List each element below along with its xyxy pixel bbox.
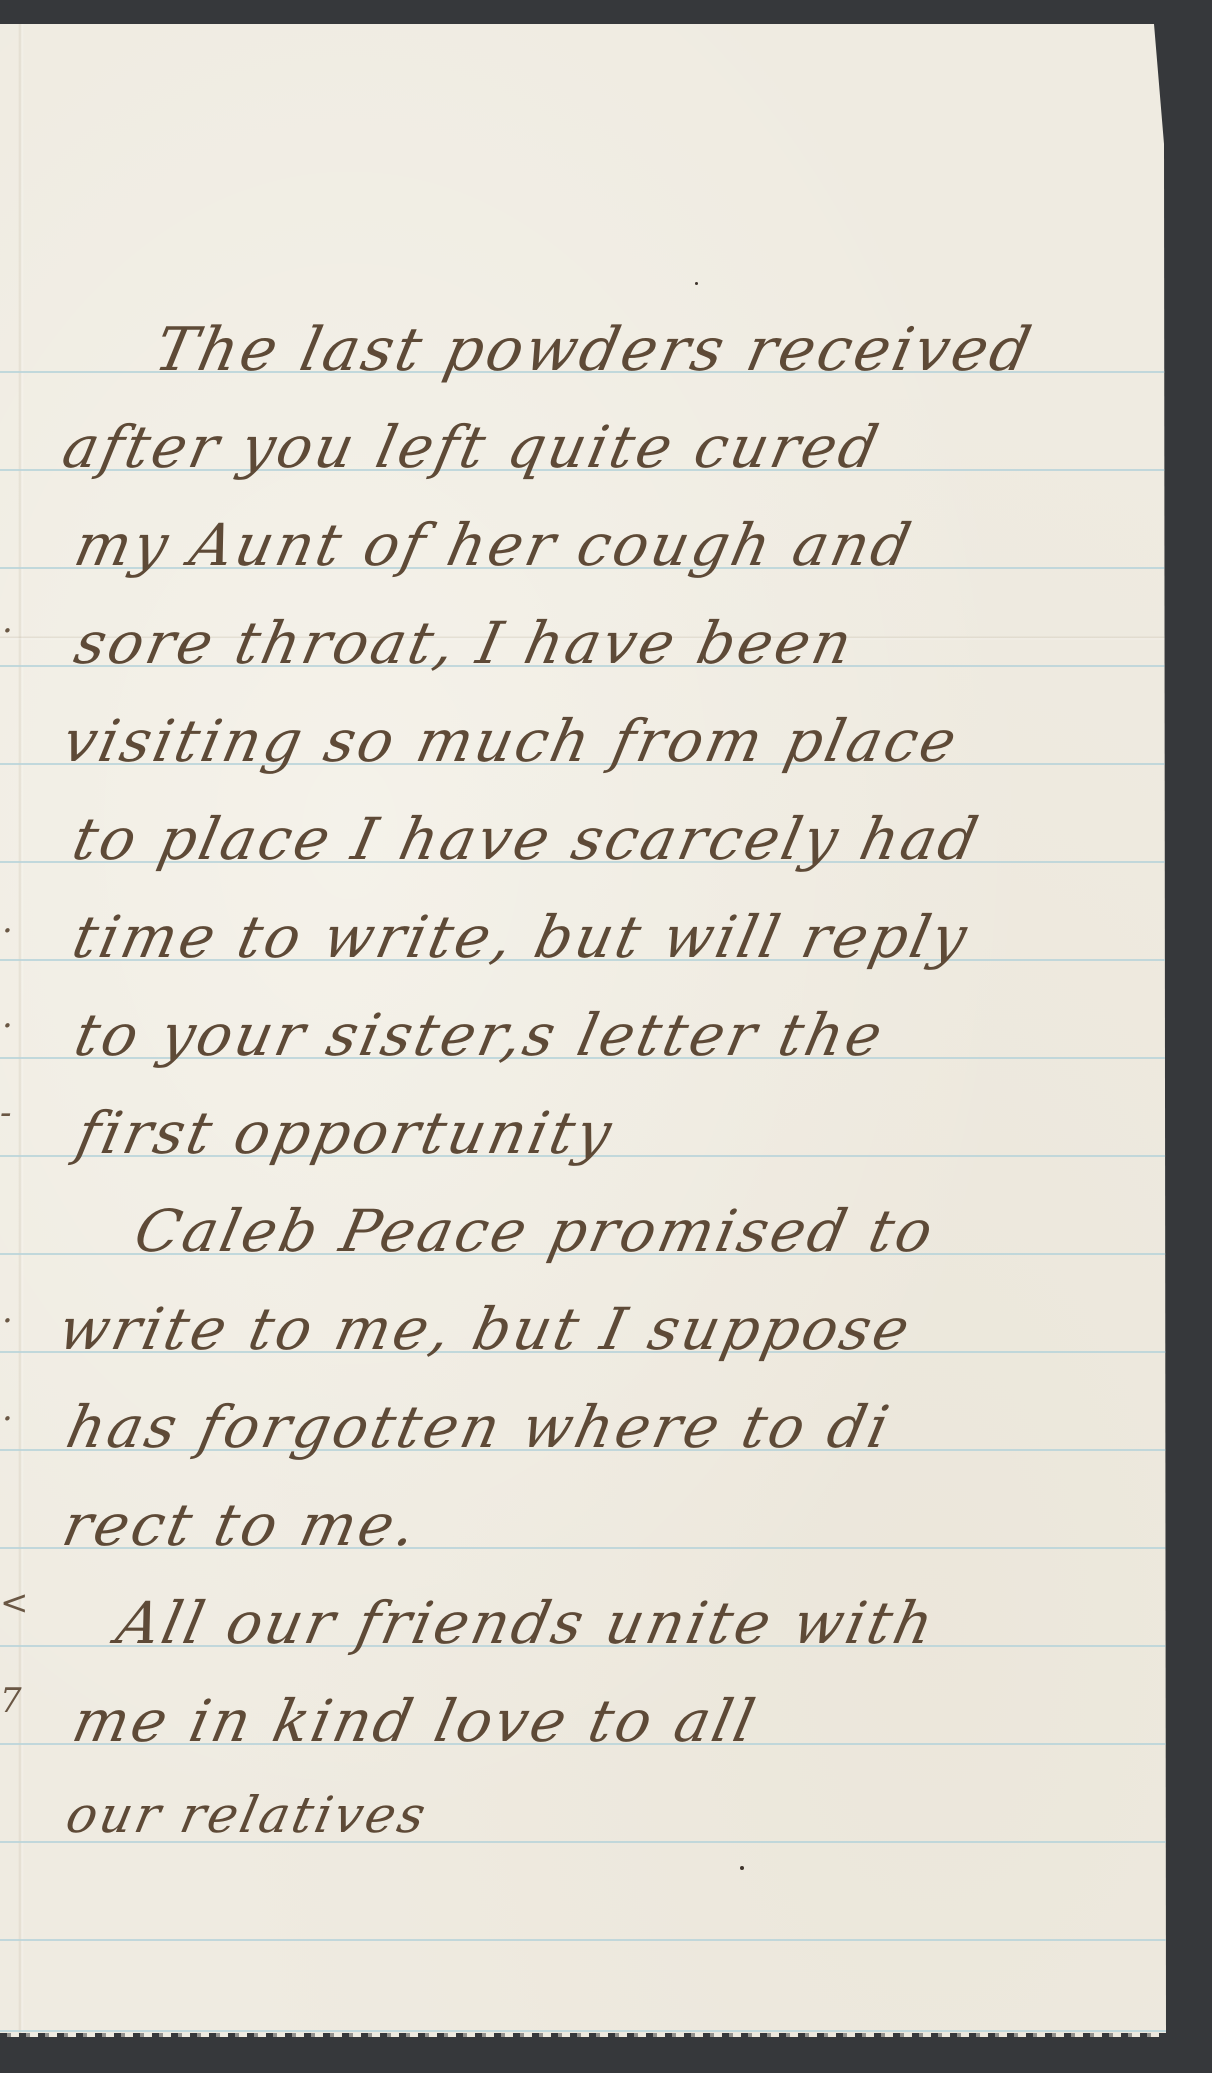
margin-mark: -: [0, 1096, 12, 1130]
letter-line-1: The last powders received: [150, 320, 1039, 380]
margin-mark: .: [2, 1294, 13, 1328]
letter-line-11: write to me, but I suppose: [54, 1300, 917, 1358]
margin-mark: .: [2, 604, 13, 638]
letter-line-13: rect to me.: [58, 1496, 424, 1554]
torn-bottom-edge: [0, 2033, 1166, 2043]
letter-page: The last powders received after you left…: [0, 24, 1166, 2037]
ink-dot: [740, 1866, 744, 1870]
letter-line-2: after you left quite cured: [58, 418, 886, 476]
letter-line-6: to place I have scarcely had: [68, 810, 985, 868]
letter-line-8: to your sister,s letter the: [70, 1006, 890, 1064]
ruled-line: [0, 2030, 1166, 2032]
letter-line-10: Caleb Peace promised to: [130, 1202, 941, 1260]
letter-line-9: first opportunity: [72, 1104, 619, 1162]
margin-mark: 7: [0, 1684, 22, 1718]
vertical-fold-crease: [18, 24, 24, 2037]
letter-line-14: All our friends unite with: [112, 1594, 941, 1652]
ruled-line: [0, 1939, 1166, 1941]
letter-line-12: has forgotten where to di: [62, 1398, 897, 1456]
letter-line-16: our relatives: [62, 1790, 433, 1840]
margin-mark: .: [2, 1392, 13, 1426]
letter-line-15: me in kind love to all: [68, 1692, 762, 1750]
letter-line-4: sore throat, I have been: [70, 614, 860, 672]
margin-mark: .: [2, 999, 13, 1033]
ink-dot: [695, 282, 698, 285]
letter-line-7: time to write, but will reply: [68, 908, 975, 966]
margin-mark: .: [2, 904, 13, 938]
margin-mark: <: [0, 1586, 29, 1620]
letter-line-3: my Aunt of her cough and: [70, 516, 918, 574]
letter-line-5: visiting so much from place: [58, 712, 964, 770]
